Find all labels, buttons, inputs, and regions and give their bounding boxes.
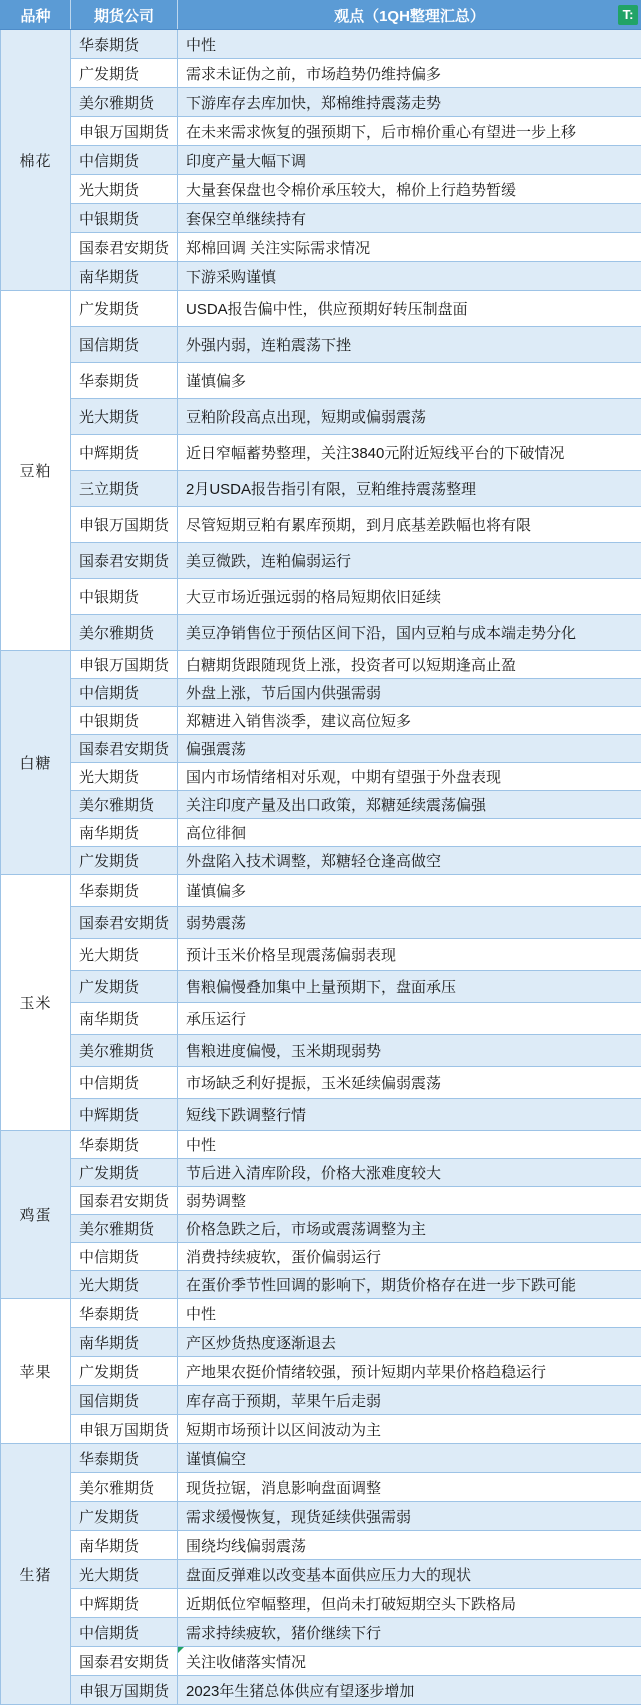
view-cell[interactable]: 尽管短期豆粕有累库预期，到月底基差跌幅也将有限 (178, 507, 641, 543)
company-cell[interactable]: 中银期货 (71, 707, 178, 735)
header-row: 品种 期货公司 观点（1QH整理汇总） T: (1, 1, 641, 30)
view-cell[interactable]: 需求缓慢恢复，现货延续供强需弱 (178, 1502, 641, 1531)
view-cell[interactable]: 美豆净销售位于预估区间下沿，国内豆粕与成本端走势分化 (178, 615, 641, 651)
view-cell[interactable]: 套保空单继续持有 (178, 204, 641, 233)
view-cell[interactable]: 弱势震荡 (178, 907, 641, 939)
opinion-row: 广发期货节后进入清库阶段，价格大涨难度较大 (1, 1159, 641, 1187)
company-cell[interactable]: 美尔雅期货 (71, 1215, 178, 1243)
company-cell[interactable]: 申银万国期货 (71, 507, 178, 543)
opinion-row: 广发期货售粮偏慢叠加集中上量预期下，盘面承压 (1, 971, 641, 1003)
cell-flag-triangle-icon (178, 1647, 184, 1653)
view-cell[interactable]: 中性 (178, 1299, 641, 1328)
view-cell[interactable]: 弱势调整 (178, 1187, 641, 1215)
view-cell[interactable]: 大量套保盘也令棉价承压较大，棉价上行趋势暂缓 (178, 175, 641, 204)
view-cell[interactable]: USDA报告偏中性，供应预期好转压制盘面 (178, 291, 641, 327)
view-cell[interactable]: 中性 (178, 1131, 641, 1159)
opinion-row: 申银万国期货尽管短期豆粕有累库预期，到月底基差跌幅也将有限 (1, 507, 641, 543)
variety-cell[interactable]: 鸡蛋 (1, 1131, 71, 1299)
company-cell[interactable]: 广发期货 (71, 291, 178, 327)
company-cell[interactable]: 华泰期货 (71, 363, 178, 399)
company-cell[interactable]: 光大期货 (71, 399, 178, 435)
futures-opinions-sheet: 品种 期货公司 观点（1QH整理汇总） T: 棉花华泰期货中性广发期货需求未证伪… (0, 0, 641, 1705)
view-cell[interactable]: 近日窄幅蓄势整理，关注3840元附近短线平台的下破情况 (178, 435, 641, 471)
opinion-row: 豆粕广发期货USDA报告偏中性，供应预期好转压制盘面 (1, 291, 641, 327)
view-cell[interactable]: 郑棉回调 关注实际需求情况 (178, 233, 641, 262)
opinion-row: 南华期货下游采购谨慎 (1, 262, 641, 291)
view-cell[interactable]: 售粮偏慢叠加集中上量预期下，盘面承压 (178, 971, 641, 1003)
view-cell[interactable]: 需求未证伪之前，市场趋势仍维持偏多 (178, 59, 641, 88)
company-cell[interactable]: 美尔雅期货 (71, 791, 178, 819)
company-cell[interactable]: 华泰期货 (71, 30, 178, 59)
view-cell[interactable]: 关注收储落实情况 (178, 1647, 641, 1676)
view-cell[interactable]: 售粮进度偏慢，玉米期现弱势 (178, 1035, 641, 1067)
opinion-row: 美尔雅期货下游库存去库加快，郑棉维持震荡走势 (1, 88, 641, 117)
company-cell[interactable]: 广发期货 (71, 847, 178, 875)
opinion-row: 光大期货在蛋价季节性回调的影响下，期货价格存在进一步下跌可能 (1, 1271, 641, 1299)
company-cell[interactable]: 国信期货 (71, 327, 178, 363)
opinion-row: 中银期货大豆市场近强远弱的格局短期依旧延续 (1, 579, 641, 615)
opinion-row: 国泰君安期货关注收储落实情况 (1, 1647, 641, 1676)
company-cell[interactable]: 南华期货 (71, 1003, 178, 1035)
view-cell[interactable]: 现货拉锯，消息影响盘面调整 (178, 1473, 641, 1502)
view-cell[interactable]: 谨慎偏空 (178, 1444, 641, 1473)
variety-cell[interactable]: 玉米 (1, 875, 71, 1131)
company-cell[interactable]: 光大期货 (71, 1560, 178, 1589)
opinion-row: 美尔雅期货美豆净销售位于预估区间下沿，国内豆粕与成本端走势分化 (1, 615, 641, 651)
company-cell[interactable]: 国泰君安期货 (71, 907, 178, 939)
variety-cell[interactable]: 棉花 (1, 30, 71, 291)
view-cell[interactable]: 围绕均线偏弱震荡 (178, 1531, 641, 1560)
view-cell[interactable]: 产地果农挺价情绪较强，预计短期内苹果价格趋稳运行 (178, 1357, 641, 1386)
header-variety[interactable]: 品种 (1, 1, 71, 30)
company-cell[interactable]: 中信期货 (71, 679, 178, 707)
view-cell[interactable]: 印度产量大幅下调 (178, 146, 641, 175)
opinion-row: 国泰君安期货偏强震荡 (1, 735, 641, 763)
view-cell[interactable]: 关注印度产量及出口政策，郑糖延续震荡偏强 (178, 791, 641, 819)
company-cell[interactable]: 美尔雅期货 (71, 615, 178, 651)
company-cell[interactable]: 国泰君安期货 (71, 543, 178, 579)
opinion-row: 国泰君安期货郑棉回调 关注实际需求情况 (1, 233, 641, 262)
opinion-row: 苹果华泰期货中性 (1, 1299, 641, 1328)
view-cell[interactable]: 市场缺乏利好提振，玉米延续偏弱震荡 (178, 1067, 641, 1099)
opinion-row: 美尔雅期货关注印度产量及出口政策，郑糖延续震荡偏强 (1, 791, 641, 819)
opinion-row: 三立期货2月USDA报告指引有限，豆粕维持震荡整理 (1, 471, 641, 507)
view-cell[interactable]: 大豆市场近强远弱的格局短期依旧延续 (178, 579, 641, 615)
view-cell[interactable]: 偏强震荡 (178, 735, 641, 763)
company-cell[interactable]: 广发期货 (71, 1502, 178, 1531)
company-cell[interactable]: 申银万国期货 (71, 1415, 178, 1444)
header-viewpoint[interactable]: 观点（1QH整理汇总） T: (178, 1, 641, 30)
opinion-row: 国信期货外强内弱，连粕震荡下挫 (1, 327, 641, 363)
opinion-row: 光大期货豆粕阶段高点出现，短期或偏弱震荡 (1, 399, 641, 435)
view-cell[interactable]: 短线下跌调整行情 (178, 1099, 641, 1131)
view-cell[interactable]: 短期市场预计以区间波动为主 (178, 1415, 641, 1444)
opinion-row: 中信期货市场缺乏利好提振，玉米延续偏弱震荡 (1, 1067, 641, 1099)
view-cell[interactable]: 国内市场情绪相对乐观，中期有望强于外盘表现 (178, 763, 641, 791)
opinion-row: 中辉期货短线下跌调整行情 (1, 1099, 641, 1131)
company-cell[interactable]: 中辉期货 (71, 1099, 178, 1131)
company-cell[interactable]: 国泰君安期货 (71, 1647, 178, 1676)
company-cell[interactable]: 广发期货 (71, 971, 178, 1003)
company-cell[interactable]: 光大期货 (71, 939, 178, 971)
company-cell[interactable]: 华泰期货 (71, 1444, 178, 1473)
opinion-row: 光大期货预计玉米价格呈现震荡偏弱表现 (1, 939, 641, 971)
opinion-row: 光大期货盘面反弹难以改变基本面供应压力大的现状 (1, 1560, 641, 1589)
opinion-row: 申银万国期货2023年生猪总体供应有望逐步增加 (1, 1676, 641, 1705)
view-cell[interactable]: 消费持续疲软，蛋价偏弱运行 (178, 1243, 641, 1271)
view-cell[interactable]: 价格急跌之后，市场或震荡调整为主 (178, 1215, 641, 1243)
view-cell[interactable]: 节后进入清库阶段，价格大涨难度较大 (178, 1159, 641, 1187)
opinion-row: 国泰君安期货美豆微跌，连粕偏弱运行 (1, 543, 641, 579)
opinion-row: 白糖申银万国期货白糖期货跟随现货上涨，投资者可以短期逢高止盈 (1, 651, 641, 679)
opinion-row: 中信期货需求持续疲软，猪价继续下行 (1, 1618, 641, 1647)
company-cell[interactable]: 国泰君安期货 (71, 1187, 178, 1215)
company-cell[interactable]: 南华期货 (71, 262, 178, 291)
opinion-row: 广发期货需求未证伪之前，市场趋势仍维持偏多 (1, 59, 641, 88)
opinion-row: 光大期货大量套保盘也令棉价承压较大，棉价上行趋势暂缓 (1, 175, 641, 204)
company-cell[interactable]: 申银万国期货 (71, 117, 178, 146)
view-cell[interactable]: 外盘上涨，节后国内供强需弱 (178, 679, 641, 707)
view-cell[interactable]: 中性 (178, 30, 641, 59)
company-cell[interactable]: 美尔雅期货 (71, 1035, 178, 1067)
opinion-row: 光大期货国内市场情绪相对乐观，中期有望强于外盘表现 (1, 763, 641, 791)
opinion-row: 美尔雅期货价格急跌之后，市场或震荡调整为主 (1, 1215, 641, 1243)
opinion-row: 生猪华泰期货谨慎偏空 (1, 1444, 641, 1473)
opinion-row: 国泰君安期货弱势调整 (1, 1187, 641, 1215)
view-cell[interactable]: 预计玉米价格呈现震荡偏弱表现 (178, 939, 641, 971)
view-cell[interactable]: 产区炒货热度逐渐退去 (178, 1328, 641, 1357)
opinion-row: 中辉期货近期低位窄幅整理，但尚未打破短期空头下跌格局 (1, 1589, 641, 1618)
view-cell[interactable]: 谨慎偏多 (178, 363, 641, 399)
view-cell[interactable]: 谨慎偏多 (178, 875, 641, 907)
variety-cell[interactable]: 生猪 (1, 1444, 71, 1705)
opinion-row: 广发期货外盘陷入技术调整，郑糖轻仓逢高做空 (1, 847, 641, 875)
opinion-row: 美尔雅期货售粮进度偏慢，玉米期现弱势 (1, 1035, 641, 1067)
view-cell[interactable]: 外盘陷入技术调整，郑糖轻仓逢高做空 (178, 847, 641, 875)
company-cell[interactable]: 美尔雅期货 (71, 1473, 178, 1502)
company-cell[interactable]: 广发期货 (71, 1357, 178, 1386)
view-cell[interactable]: 盘面反弹难以改变基本面供应压力大的现状 (178, 1560, 641, 1589)
opinion-row: 国信期货库存高于预期，苹果午后走弱 (1, 1386, 641, 1415)
opinion-row: 南华期货产区炒货热度逐渐退去 (1, 1328, 641, 1357)
company-cell[interactable]: 南华期货 (71, 1328, 178, 1357)
opinion-row: 中辉期货近日窄幅蓄势整理，关注3840元附近短线平台的下破情况 (1, 435, 641, 471)
company-cell[interactable]: 国信期货 (71, 1386, 178, 1415)
view-cell[interactable]: 承压运行 (178, 1003, 641, 1035)
company-cell[interactable]: 国泰君安期货 (71, 233, 178, 262)
company-cell[interactable]: 光大期货 (71, 175, 178, 204)
view-cell[interactable]: 近期低位窄幅整理，但尚未打破短期空头下跌格局 (178, 1589, 641, 1618)
company-cell[interactable]: 广发期货 (71, 59, 178, 88)
variety-cell[interactable]: 豆粕 (1, 291, 71, 651)
opinion-row: 国泰君安期货弱势震荡 (1, 907, 641, 939)
opinion-row: 美尔雅期货现货拉锯，消息影响盘面调整 (1, 1473, 641, 1502)
company-cell[interactable]: 华泰期货 (71, 1131, 178, 1159)
company-cell[interactable]: 申银万国期货 (71, 1676, 178, 1705)
company-cell[interactable]: 三立期货 (71, 471, 178, 507)
view-cell[interactable]: 需求持续疲软，猪价继续下行 (178, 1618, 641, 1647)
view-cell[interactable]: 郑糖进入销售淡季，建议高位短多 (178, 707, 641, 735)
header-company[interactable]: 期货公司 (71, 1, 178, 30)
company-cell[interactable]: 华泰期货 (71, 1299, 178, 1328)
opinion-row: 中银期货郑糖进入销售淡季，建议高位短多 (1, 707, 641, 735)
view-cell[interactable]: 美豆微跌，连粕偏弱运行 (178, 543, 641, 579)
opinion-row: 广发期货产地果农挺价情绪较强，预计短期内苹果价格趋稳运行 (1, 1357, 641, 1386)
header-viewpoint-label: 观点（1QH整理汇总） (334, 8, 485, 25)
view-cell[interactable]: 高位徘徊 (178, 819, 641, 847)
company-cell[interactable]: 美尔雅期货 (71, 88, 178, 117)
view-cell[interactable]: 2023年生猪总体供应有望逐步增加 (178, 1676, 641, 1705)
opinion-row: 玉米华泰期货谨慎偏多 (1, 875, 641, 907)
variety-cell[interactable]: 白糖 (1, 651, 71, 875)
opinion-row: 中银期货套保空单继续持有 (1, 204, 641, 233)
opinion-row: 申银万国期货在未来需求恢复的强预期下，后市棉价重心有望进一步上移 (1, 117, 641, 146)
company-cell[interactable]: 中银期货 (71, 579, 178, 615)
company-cell[interactable]: 中信期货 (71, 146, 178, 175)
company-cell[interactable]: 广发期货 (71, 1159, 178, 1187)
variety-cell[interactable]: 苹果 (1, 1299, 71, 1444)
company-cell[interactable]: 申银万国期货 (71, 651, 178, 679)
company-cell[interactable]: 光大期货 (71, 1271, 178, 1299)
opinion-row: 中信期货外盘上涨，节后国内供强需弱 (1, 679, 641, 707)
futures-opinions-table: 品种 期货公司 观点（1QH整理汇总） T: 棉花华泰期货中性广发期货需求未证伪… (0, 0, 641, 1705)
company-cell[interactable]: 中信期货 (71, 1067, 178, 1099)
watermark-logo-icon: T: (618, 5, 638, 25)
opinion-row: 棉花华泰期货中性 (1, 30, 641, 59)
company-cell[interactable]: 中信期货 (71, 1618, 178, 1647)
opinion-row: 广发期货需求缓慢恢复，现货延续供强需弱 (1, 1502, 641, 1531)
view-cell[interactable]: 豆粕阶段高点出现，短期或偏弱震荡 (178, 399, 641, 435)
view-cell[interactable]: 白糖期货跟随现货上涨，投资者可以短期逢高止盈 (178, 651, 641, 679)
company-cell[interactable]: 中辉期货 (71, 435, 178, 471)
company-cell[interactable]: 国泰君安期货 (71, 735, 178, 763)
opinion-row: 申银万国期货短期市场预计以区间波动为主 (1, 1415, 641, 1444)
company-cell[interactable]: 南华期货 (71, 1531, 178, 1560)
opinion-row: 中信期货印度产量大幅下调 (1, 146, 641, 175)
opinion-row: 鸡蛋华泰期货中性 (1, 1131, 641, 1159)
opinion-row: 南华期货围绕均线偏弱震荡 (1, 1531, 641, 1560)
view-cell[interactable]: 下游采购谨慎 (178, 262, 641, 291)
opinion-row: 华泰期货谨慎偏多 (1, 363, 641, 399)
company-cell[interactable]: 中银期货 (71, 204, 178, 233)
view-cell[interactable]: 外强内弱，连粕震荡下挫 (178, 327, 641, 363)
view-cell[interactable]: 库存高于预期，苹果午后走弱 (178, 1386, 641, 1415)
view-cell[interactable]: 在蛋价季节性回调的影响下，期货价格存在进一步下跌可能 (178, 1271, 641, 1299)
company-cell[interactable]: 光大期货 (71, 763, 178, 791)
view-cell[interactable]: 下游库存去库加快，郑棉维持震荡走势 (178, 88, 641, 117)
company-cell[interactable]: 中信期货 (71, 1243, 178, 1271)
opinion-row: 中信期货消费持续疲软，蛋价偏弱运行 (1, 1243, 641, 1271)
view-cell[interactable]: 2月USDA报告指引有限，豆粕维持震荡整理 (178, 471, 641, 507)
opinion-row: 南华期货承压运行 (1, 1003, 641, 1035)
company-cell[interactable]: 中辉期货 (71, 1589, 178, 1618)
opinion-row: 南华期货高位徘徊 (1, 819, 641, 847)
company-cell[interactable]: 华泰期货 (71, 875, 178, 907)
company-cell[interactable]: 南华期货 (71, 819, 178, 847)
view-cell[interactable]: 在未来需求恢复的强预期下，后市棉价重心有望进一步上移 (178, 117, 641, 146)
